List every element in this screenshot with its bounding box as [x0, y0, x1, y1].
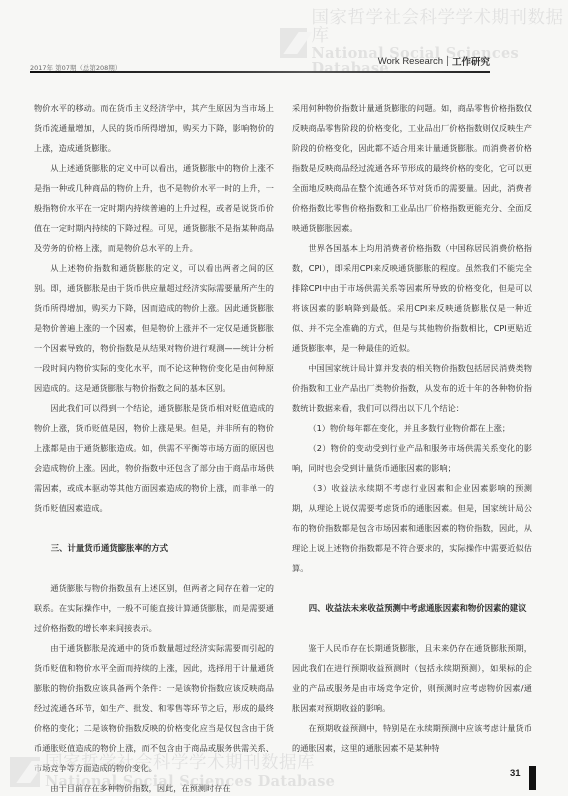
watermark-en: National Social Sciences Database — [45, 775, 335, 790]
database-watermark-bottom: 国家哲学社会科学学术期刊数据库 National Social Sciences… — [10, 755, 335, 789]
paragraph: 鉴于人民币存在长期通货膨胀，且未来仍存在通货膨胀预期，因此我们在进行预期收益预测… — [292, 638, 532, 718]
paragraph: 中国国家统计局计算并发表的相关物价指数包括居民消费类物价指数和工业产品出厂类物价… — [292, 358, 532, 418]
database-logo-icon — [280, 28, 307, 58]
spacer — [34, 558, 274, 578]
paragraph: 从上述通货膨胀的定义中可以看出，通货膨胀中的物价上涨不是指一种或几种商品的物价上… — [34, 158, 274, 258]
spacer — [34, 518, 274, 538]
paragraph: 通货膨胀与物价指数虽有上述区别，但两者之间存在着一定的联系。在实际操作中，一般不… — [34, 578, 274, 638]
watermark-cn: 国家哲学社会科学学术期刊数据库 — [45, 755, 335, 773]
paragraph: 因此我们可以得到一个结论，通货膨胀是货币相对贬值造成的物价上涨，货币贬值是因，物… — [34, 398, 274, 518]
paragraph: （1）物价每年都在变化，并且多数行业物价都在上涨； — [292, 418, 532, 438]
paragraph: 物价水平的移动。而在货币主义经济学中，其产生原因为当市场上货币流通量增加，人民的… — [34, 98, 274, 158]
header-rule — [30, 71, 490, 73]
paragraph: 在预期收益预测中，特别是在永续期预测中应该考虑计量货币的通胀因素，这里的通胀因素… — [292, 718, 532, 758]
section-heading: 三、计量货币通货膨胀率的方式 — [34, 538, 274, 558]
section-title: Work Research 工作研究 — [378, 54, 490, 68]
page-marker-bar — [529, 766, 536, 790]
section-divider — [447, 56, 448, 66]
database-logo-icon — [10, 757, 40, 787]
paragraph: （3）收益法永续期不考虑行业因素和企业因素影响的预测期，从理论上说仅需要考虑货币… — [292, 478, 532, 578]
right-column: 采用何种物价指数计量通货膨胀的问题。如，商品零售价格指数仅反映商品零售阶段的价格… — [292, 98, 532, 758]
section-heading: 四、收益法未来收益预测中考虑通胀因素和物价因素的建议 — [292, 598, 532, 618]
section-title-en: Work Research — [378, 56, 443, 67]
page-number: 31 — [510, 768, 521, 779]
watermark-cn: 国家哲学社会科学学术期刊数据库 — [312, 10, 568, 45]
paragraph: 从上述物价指数和通货膨胀的定义，可以看出两者之间的区别。即，通货膨胀是由于货币供… — [34, 258, 274, 398]
spacer — [292, 618, 532, 638]
paragraph: （2）物价的变动受到行业产品和服务市场供需关系变化的影响，同时也会受到计量货币通… — [292, 438, 532, 478]
spacer — [292, 578, 532, 598]
section-title-cn: 工作研究 — [452, 54, 490, 68]
paragraph: 采用何种物价指数计量通货膨胀的问题。如，商品零售价格指数仅反映商品零售阶段的价格… — [292, 98, 532, 238]
left-column: 物价水平的移动。而在货币主义经济学中，其产生原因为当市场上货币流通量增加，人民的… — [34, 98, 274, 796]
paragraph: 世界各国基本上均用消费者价格指数（中国称居民消费价格指数，CPI），即采用CPI… — [292, 238, 532, 358]
